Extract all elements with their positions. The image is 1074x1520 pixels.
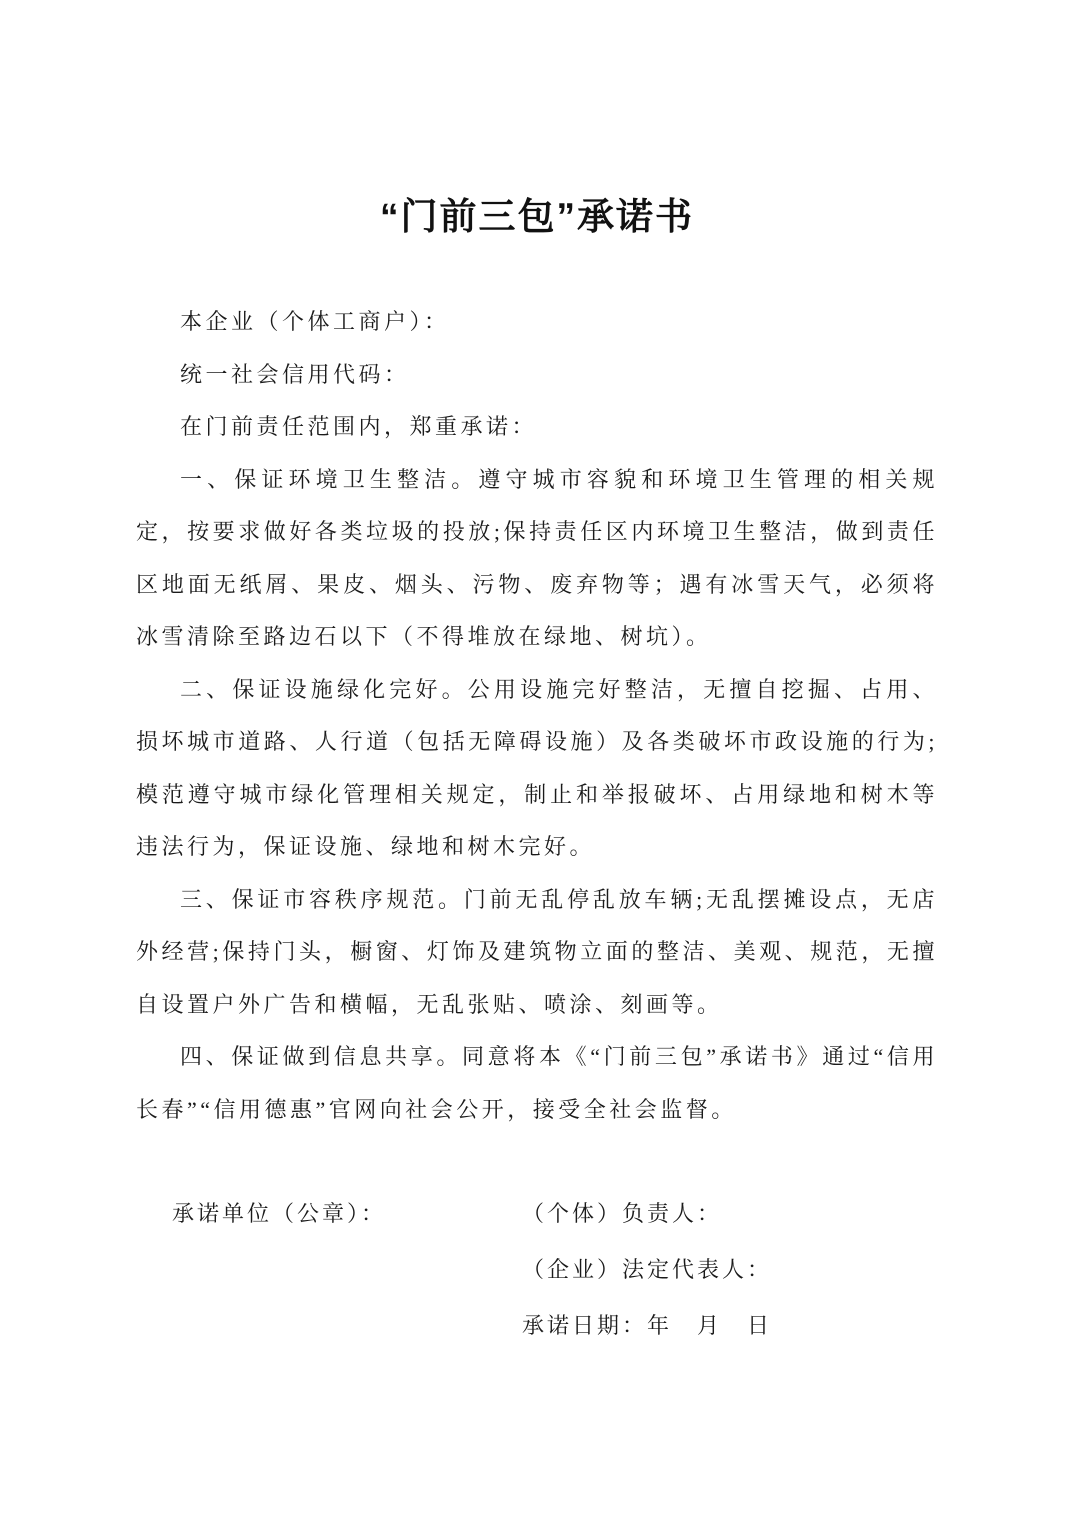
signature-left-column: 承诺单位（公章）： [136,1186,522,1354]
body-paragraph-1: 一、保证环境卫生整洁。遵守城市容貌和环境卫生管理的相关规定，按要求做好各类垃圾的… [136,454,938,664]
document-title: “门前三包”承诺书 [0,0,1074,240]
signature-right-column: （个体）负责人： （企业）法定代表人： 承诺日期：年 月 日 [522,1186,938,1354]
intro-line-pledge: 在门前责任范围内，郑重承诺： [136,401,938,454]
signature-block: 承诺单位（公章）： （个体）负责人： （企业）法定代表人： 承诺日期：年 月 日 [136,1186,938,1354]
body-paragraph-2: 二、保证设施绿化完好。公用设施完好整洁，无擅自挖掘、占用、损坏城市道路、人行道（… [136,664,938,874]
intro-line-credit-code: 统一社会信用代码： [136,349,938,402]
body-paragraph-3: 三、保证市容秩序规范。门前无乱停乱放车辆;无乱摆摊设点，无店外经营;保持门头，橱… [136,874,938,1032]
body-paragraph-4: 四、保证做到信息共享。同意将本《“门前三包”承诺书》通过“信用长春”“信用德惠”… [136,1031,938,1136]
signature-unit-label: 承诺单位（公章）： [172,1186,522,1242]
document-body: 本企业（个体工商户）： 统一社会信用代码： 在门前责任范围内，郑重承诺： 一、保… [136,296,938,1136]
signature-individual-label: （个体）负责人： [522,1186,938,1242]
signature-enterprise-label: （企业）法定代表人： [522,1242,938,1298]
signature-date-line: 承诺日期：年 月 日 [522,1298,938,1354]
intro-line-enterprise: 本企业（个体工商户）： [136,296,938,349]
document-page: “门前三包”承诺书 本企业（个体工商户）： 统一社会信用代码： 在门前责任范围内… [0,0,1074,1520]
